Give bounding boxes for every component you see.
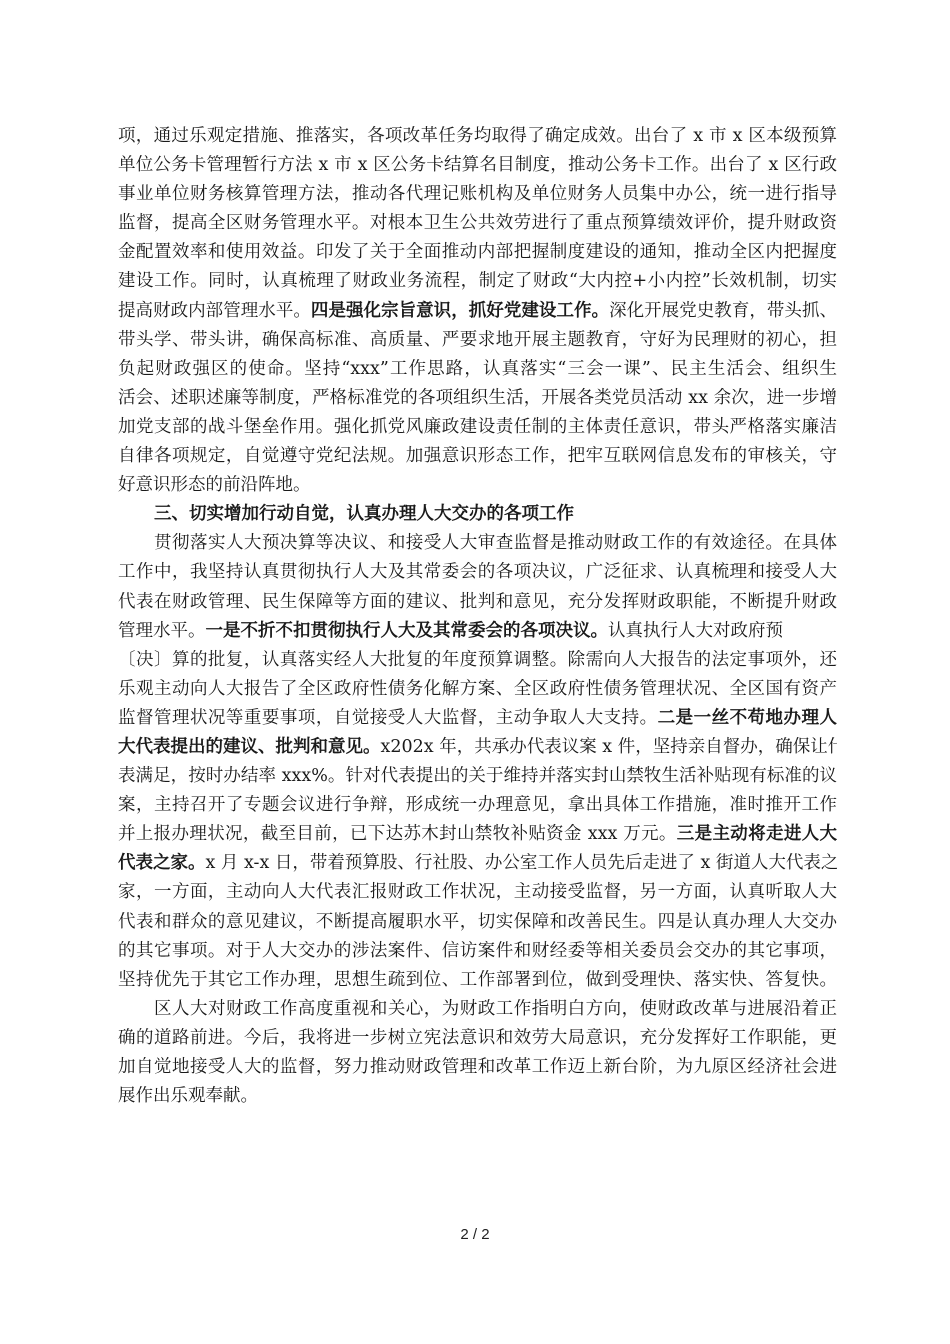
text-segment: 负起财政强区的使命。坚持“xxx”工作思路，认真落实“三会一课”、民主生活会、组… [118, 359, 837, 379]
text-line: 表满足，按时办结率 xxx%。针对代表提出的关于维持并落实封山禁牧生活补贴现有标… [118, 762, 837, 791]
text-line: 区人大对财政工作高度重视和关心，为财政工作指明白方向，使财政改革与进展沿着正 [118, 995, 837, 1024]
text-line: 金配置效率和使用效益。印发了关于全面推动内部把握制度建设的通知，推动全区内把握度 [118, 238, 837, 267]
text-line: 监督管理状况等重要事项，自觉接受人大监督，主动争取人大支持。二是一丝不苟地办理人 [118, 704, 837, 733]
text-segment: 三、切实增加行动自觉，认真办理人大交办的各项工作 [154, 504, 574, 524]
bold-text: 三是主动将走进人大 [677, 824, 837, 844]
text-line: 建设工作。同时，认真梳理了财政业务流程，制定了财政“大内控+小内控”长效机制，切… [118, 267, 837, 296]
text-line: 项，通过乐观定措施、推落实，各项改革任务均取得了确定成效。出台了 x 市 x 区… [118, 122, 837, 151]
text-line: 管理水平。一是不折不扣贯彻执行人大及其常委会的各项决议。认真执行人大对政府预 [118, 617, 837, 646]
text-segment: 加自觉地接受人大的监督，努力推动财政管理和改革工作迈上新台阶，为九原区经济社会进 [118, 1057, 837, 1077]
text-segment: 建设工作。同时，认真梳理了财政业务流程，制定了财政“大内控+小内控”长效机制，切… [118, 271, 837, 291]
text-line: 监督，提高全区财务管理水平。对根本卫生公共效劳进行了重点预算绩效评价，提升财政资 [118, 209, 837, 238]
text-segment: x 月 x-x 日，带着预算股、行社股、办公室工作人员先后走进了 x 街道人大代… [206, 853, 838, 873]
text-line: 自律各项规定，自觉遵守党纪法规。加强意识形态工作，把牢互联网信息发布的审核关，守 [118, 442, 837, 471]
text-line: 工作中，我坚持认真贯彻执行人大及其常委会的各项决议，广泛征求、认真梳理和接受人大 [118, 558, 837, 587]
bold-text: 大代表提出的建议、批判和意见。 [118, 737, 381, 757]
text-line: 展作出乐观奉献。 [118, 1082, 837, 1111]
text-line: 事业单位财务核算管理方法，推动各代理记账机构及单位财务人员集中办公，统一进行指导 [118, 180, 837, 209]
text-segment: 并上报办理状况，截至目前，已下达苏木封山禁牧补贴资金 xxx 万元。 [118, 824, 677, 844]
text-segment: 区人大对财政工作高度重视和关心，为财政工作指明白方向，使财政改革与进展沿着正 [154, 999, 837, 1019]
text-line: 加自觉地接受人大的监督，努力推动财政管理和改革工作迈上新台阶，为九原区经济社会进 [118, 1053, 837, 1082]
text-segment: 案，主持召开了专题会议进行争辩，形成统一办理意见，拿出具体工作措施，准时推开工作 [118, 795, 837, 815]
document-body: 项，通过乐观定措施、推落实，各项改革任务均取得了确定成效。出台了 x 市 x 区… [118, 122, 837, 1111]
text-line: 坚持优先于其它工作办理，思想生疏到位、工作部署到位，做到受理快、落实快、答复快。 [118, 966, 837, 995]
bold-text: 一是不折不扣贯彻执行人大及其常委会的各项决议。 [206, 621, 609, 641]
text-line: 乐观主动向人大报告了全区政府性债务化解方案、全区政府性债务管理状况、全区国有资产 [118, 675, 837, 704]
text-line: 好意识形态的前沿阵地。 [118, 471, 837, 500]
text-segment: x202x 年，共承办代表议案 x 件，坚持亲自督办，确保让代 [381, 737, 838, 757]
text-segment: 项，通过乐观定措施、推落实，各项改革任务均取得了确定成效。出台了 x 市 x 区… [118, 126, 837, 146]
text-segment: 单位公务卡管理暂行方法 x 市 x 区公务卡结算名目制度，推动公务卡工作。出台了… [118, 155, 837, 175]
text-line: 提高财政内部管理水平。四是强化宗旨意识，抓好党建设工作。深化开展党史教育，带头抓… [118, 297, 837, 326]
text-segment: 事业单位财务核算管理方法，推动各代理记账机构及单位财务人员集中办公，统一进行指导 [118, 184, 837, 204]
text-line: 代表之家。x 月 x-x 日，带着预算股、行社股、办公室工作人员先后走进了 x … [118, 849, 837, 878]
text-line: 〔决〕算的批复，认真落实经人大批复的年度预算调整。除需向人大报告的法定事项外，还 [118, 646, 837, 675]
text-segment: 的其它事项。对于人大交办的涉法案件、信访案件和财经委等相关委员会交办的其它事项， [118, 941, 837, 961]
text-segment: 金配置效率和使用效益。印发了关于全面推动内部把握制度建设的通知，推动全区内把握度 [118, 242, 837, 262]
text-segment: 贯彻落实人大预决算等决议、和接受人大审查监督是推动财政工作的有效途径。在具体 [154, 533, 837, 553]
text-segment: 带头学、带头讲，确保高标准、高质量、严要求地开展主题教育，守好为民理财的初心，担 [118, 330, 837, 350]
text-segment: 家，一方面，主动向人大代表汇报财政工作状况，主动接受监督，另一方面，认真听取人大 [118, 882, 837, 902]
text-line: 代表在财政管理、民生保障等方面的建议、批判和意见，充分发挥财政职能，不断提升财政 [118, 588, 837, 617]
text-segment: 监督，提高全区财务管理水平。对根本卫生公共效劳进行了重点预算绩效评价，提升财政资 [118, 213, 837, 233]
text-segment: 表满足，按时办结率 xxx%。针对代表提出的关于维持并落实封山禁牧生活补贴现有标… [118, 766, 837, 786]
bold-text: 二是一丝不苟地办理人 [658, 708, 837, 728]
text-segment: 工作中，我坚持认真贯彻执行人大及其常委会的各项决议，广泛征求、认真梳理和接受人大 [118, 562, 837, 582]
text-segment: 好意识形态的前沿阵地。 [118, 475, 311, 495]
text-segment: 代表在财政管理、民生保障等方面的建议、批判和意见，充分发挥财政职能，不断提升财政 [118, 592, 837, 612]
page-number: 2 / 2 [0, 1226, 950, 1243]
text-segment: 加党支部的战斗堡垒作用。强化抓党风廉政建设责任制的主体责任意识，带头严格落实廉洁 [118, 417, 837, 437]
text-segment: 自律各项规定，自觉遵守党纪法规。加强意识形态工作，把牢互联网信息发布的审核关，守 [118, 446, 837, 466]
text-line: 单位公务卡管理暂行方法 x 市 x 区公务卡结算名目制度，推动公务卡工作。出台了… [118, 151, 837, 180]
text-line: 代表和群众的意见建议，不断提高履职水平，切实保障和改善民生。四是认真办理人大交办 [118, 908, 837, 937]
text-segment: 深化开展党史教育，带头抓、 [609, 301, 837, 321]
text-segment: 认真执行人大对政府预 [608, 621, 783, 641]
section-heading: 三、切实增加行动自觉，认真办理人大交办的各项工作 [118, 500, 837, 529]
text-segment: 监督管理状况等重要事项，自觉接受人大监督，主动争取人大支持。 [118, 708, 658, 728]
bold-text: 四是强化宗旨意识，抓好党建设工作。 [311, 301, 609, 321]
text-line: 负起财政强区的使命。坚持“xxx”工作思路，认真落实“三会一课”、民主生活会、组… [118, 355, 837, 384]
text-line: 确的道路前进。今后，我将进一步树立宪法意识和效劳大局意识，充分发挥好工作职能，更 [118, 1024, 837, 1053]
text-line: 加党支部的战斗堡垒作用。强化抓党风廉政建设责任制的主体责任意识，带头严格落实廉洁 [118, 413, 837, 442]
text-line: 并上报办理状况，截至目前，已下达苏木封山禁牧补贴资金 xxx 万元。三是主动将走… [118, 820, 837, 849]
text-segment: 活会、述职述廉等制度，严格标准党的各项组织生活，开展各类党员活动 xx 余次，进… [118, 388, 837, 408]
text-line: 活会、述职述廉等制度，严格标准党的各项组织生活，开展各类党员活动 xx 余次，进… [118, 384, 837, 413]
text-segment: 乐观主动向人大报告了全区政府性债务化解方案、全区政府性债务管理状况、全区国有资产 [118, 679, 837, 699]
text-segment: 〔决〕算的批复，认真落实经人大批复的年度预算调整。除需向人大报告的法定事项外，还 [118, 650, 837, 670]
text-line: 大代表提出的建议、批判和意见。x202x 年，共承办代表议案 x 件，坚持亲自督… [118, 733, 837, 762]
text-segment: 展作出乐观奉献。 [118, 1086, 258, 1106]
text-segment: 坚持优先于其它工作办理，思想生疏到位、工作部署到位，做到受理快、落实快、答复快。 [118, 970, 837, 990]
text-line: 的其它事项。对于人大交办的涉法案件、信访案件和财经委等相关委员会交办的其它事项， [118, 937, 837, 966]
text-segment: 确的道路前进。今后，我将进一步树立宪法意识和效劳大局意识，充分发挥好工作职能，更 [118, 1028, 837, 1048]
text-line: 贯彻落实人大预决算等决议、和接受人大审查监督是推动财政工作的有效途径。在具体 [118, 529, 837, 558]
text-line: 带头学、带头讲，确保高标准、高质量、严要求地开展主题教育，守好为民理财的初心，担 [118, 326, 837, 355]
text-segment: 代表和群众的意见建议，不断提高履职水平，切实保障和改善民生。四是认真办理人大交办 [118, 912, 837, 932]
text-segment: 管理水平。 [118, 621, 206, 641]
text-line: 家，一方面，主动向人大代表汇报财政工作状况，主动接受监督，另一方面，认真听取人大 [118, 878, 837, 907]
text-segment: 提高财政内部管理水平。 [118, 301, 311, 321]
text-line: 案，主持召开了专题会议进行争辩，形成统一办理意见，拿出具体工作措施，准时推开工作 [118, 791, 837, 820]
bold-text: 代表之家。 [118, 853, 206, 873]
